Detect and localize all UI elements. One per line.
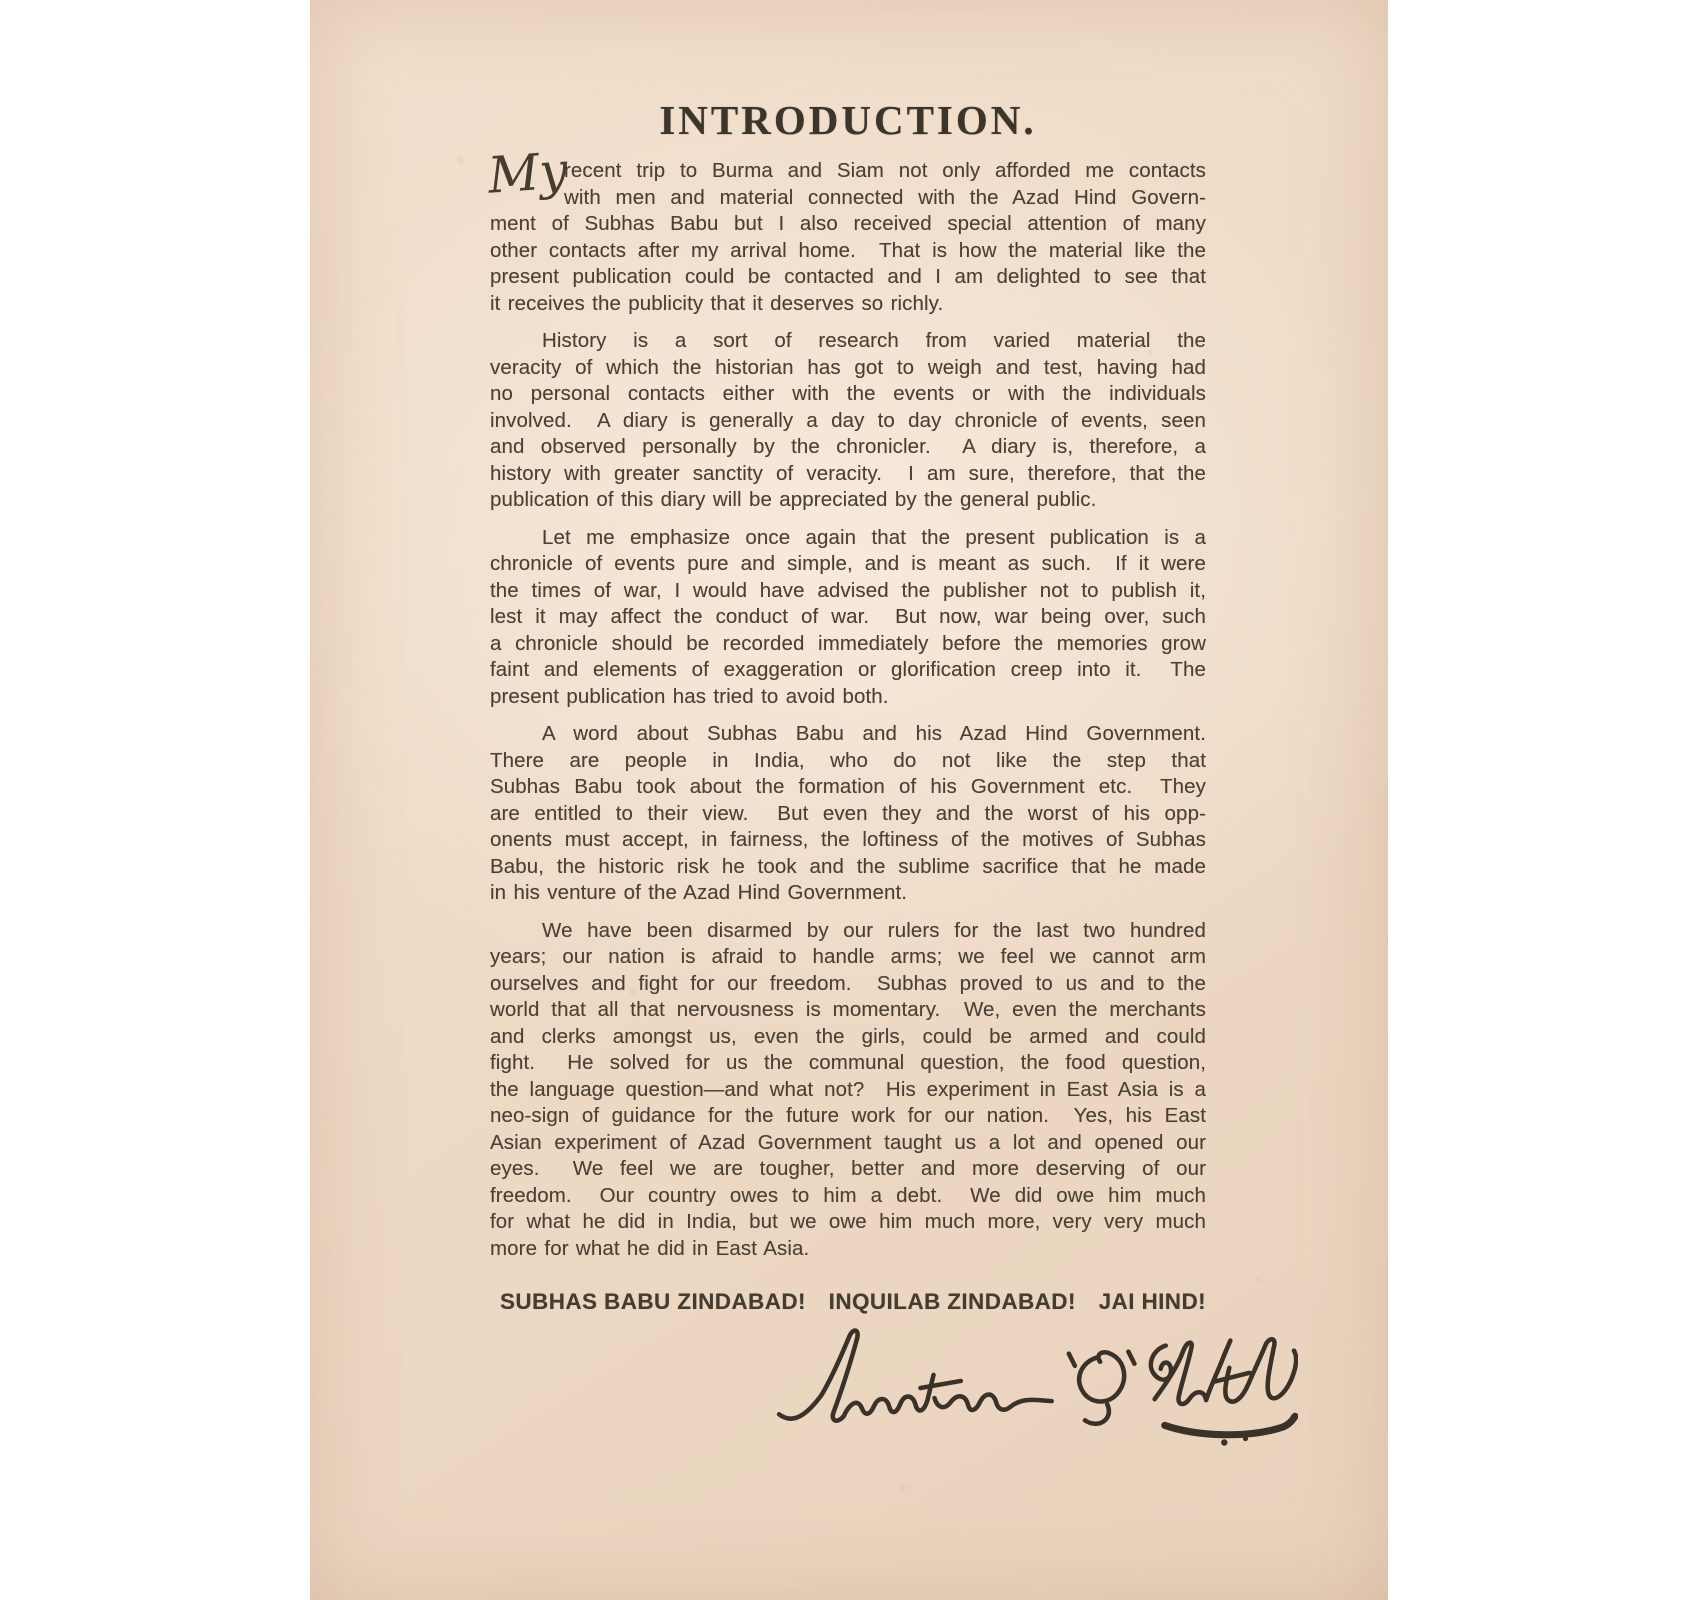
text-line: ment of Subhas Babu but I also received … — [490, 211, 1206, 238]
paragraph: Myrecent trip to Burma and Siam not only… — [490, 158, 1206, 317]
text-line: Babu, the historic risk he took and the … — [490, 854, 1206, 881]
text-line: publication of this diary will be apprec… — [490, 487, 1206, 514]
text-line: veracity of which the historian has got … — [490, 355, 1206, 382]
text-line: We have been disarmed by our rulers for … — [490, 918, 1206, 945]
text-line: present publication has tried to avoid b… — [490, 684, 1206, 711]
text-line: Asian experiment of Azad Government taug… — [490, 1130, 1206, 1157]
text-line: lest it may affect the conduct of war. B… — [490, 604, 1206, 631]
text-line: recent trip to Burma and Siam not only a… — [490, 158, 1206, 185]
text-line: for what he did in India, but we owe him… — [490, 1209, 1206, 1236]
text-line: ourselves and fight for our freedom. Sub… — [490, 971, 1206, 998]
text-line: in his venture of the Azad Hind Governme… — [490, 880, 1206, 907]
text-line: involved. A diary is generally a day to … — [490, 408, 1206, 435]
text-line: Let me emphasize once again that the pre… — [490, 525, 1206, 552]
text-line: and observed personally by the chronicle… — [490, 434, 1206, 461]
body-paragraphs: Myrecent trip to Burma and Siam not only… — [490, 158, 1206, 1262]
scanned-page-image: INTRODUCTION. Myrecent trip to Burma and… — [0, 0, 1700, 1600]
text-line: the language question—and what not? His … — [490, 1077, 1206, 1104]
text-line: History is a sort of research from varie… — [490, 328, 1206, 355]
text-line: chronicle of events pure and simple, and… — [490, 551, 1206, 578]
paragraph: History is a sort of research from varie… — [490, 328, 1206, 514]
text-line: no personal contacts either with the eve… — [490, 381, 1206, 408]
text-line: world that all that nervousness is momen… — [490, 997, 1206, 1024]
text-line: years; our nation is afraid to handle ar… — [490, 944, 1206, 971]
paragraph: Let me emphasize once again that the pre… — [490, 525, 1206, 711]
text-line: with men and material connected with the… — [490, 185, 1206, 212]
text-line: present publication could be contacted a… — [490, 264, 1206, 291]
text-line: a chronicle should be recorded immediate… — [490, 631, 1206, 658]
dropcap-my: My — [486, 145, 569, 200]
text-line: and clerks amongst us, even the girls, c… — [490, 1024, 1206, 1051]
text-line: onents must accept, in fairness, the lof… — [490, 827, 1206, 854]
slogan-jai-hind: JAI HIND! — [1099, 1289, 1206, 1315]
handwritten-signature — [773, 1327, 1298, 1449]
slogan-inquilab-zindabad: INQUILAB ZINDABAD! — [829, 1289, 1076, 1315]
text-line: fight. He solved for us the communal que… — [490, 1050, 1206, 1077]
text-line: the times of war, I would have advised t… — [490, 578, 1206, 605]
slogan-subhas-babu-zindabad: SUBHAS BABU ZINDABAD! — [500, 1289, 806, 1315]
text-line: other contacts after my arrival home. Th… — [490, 238, 1206, 265]
paragraph: A word about Subhas Babu and his Azad Hi… — [490, 721, 1206, 907]
text-line: Subhas Babu took about the formation of … — [490, 774, 1206, 801]
text-line: There are people in India, who do not li… — [490, 748, 1206, 775]
text-line: it receives the publicity that it deserv… — [490, 291, 1206, 318]
paper-sheet: INTRODUCTION. Myrecent trip to Burma and… — [310, 0, 1388, 1600]
text-line: more for what he did in East Asia. — [490, 1236, 1206, 1263]
text-line: are entitled to their view. But even the… — [490, 801, 1206, 828]
text-line: A word about Subhas Babu and his Azad Hi… — [490, 721, 1206, 748]
paragraph: We have been disarmed by our rulers for … — [490, 918, 1206, 1263]
signature-ink-strokes — [773, 1327, 1298, 1449]
text-line: neo-sign of guidance for the future work… — [490, 1103, 1206, 1130]
text-line: history with greater sanctity of veracit… — [490, 461, 1206, 488]
text-line: faint and elements of exaggeration or gl… — [490, 657, 1206, 684]
text-line: freedom. Our country owes to him a debt.… — [490, 1183, 1206, 1210]
text-line: eyes. We feel we are tougher, better and… — [490, 1156, 1206, 1183]
page-title: INTRODUCTION. — [490, 0, 1206, 143]
text-column: INTRODUCTION. Myrecent trip to Burma and… — [490, 0, 1206, 1449]
slogan-line: SUBHAS BABU ZINDABAD! INQUILAB ZINDABAD!… — [490, 1289, 1206, 1315]
